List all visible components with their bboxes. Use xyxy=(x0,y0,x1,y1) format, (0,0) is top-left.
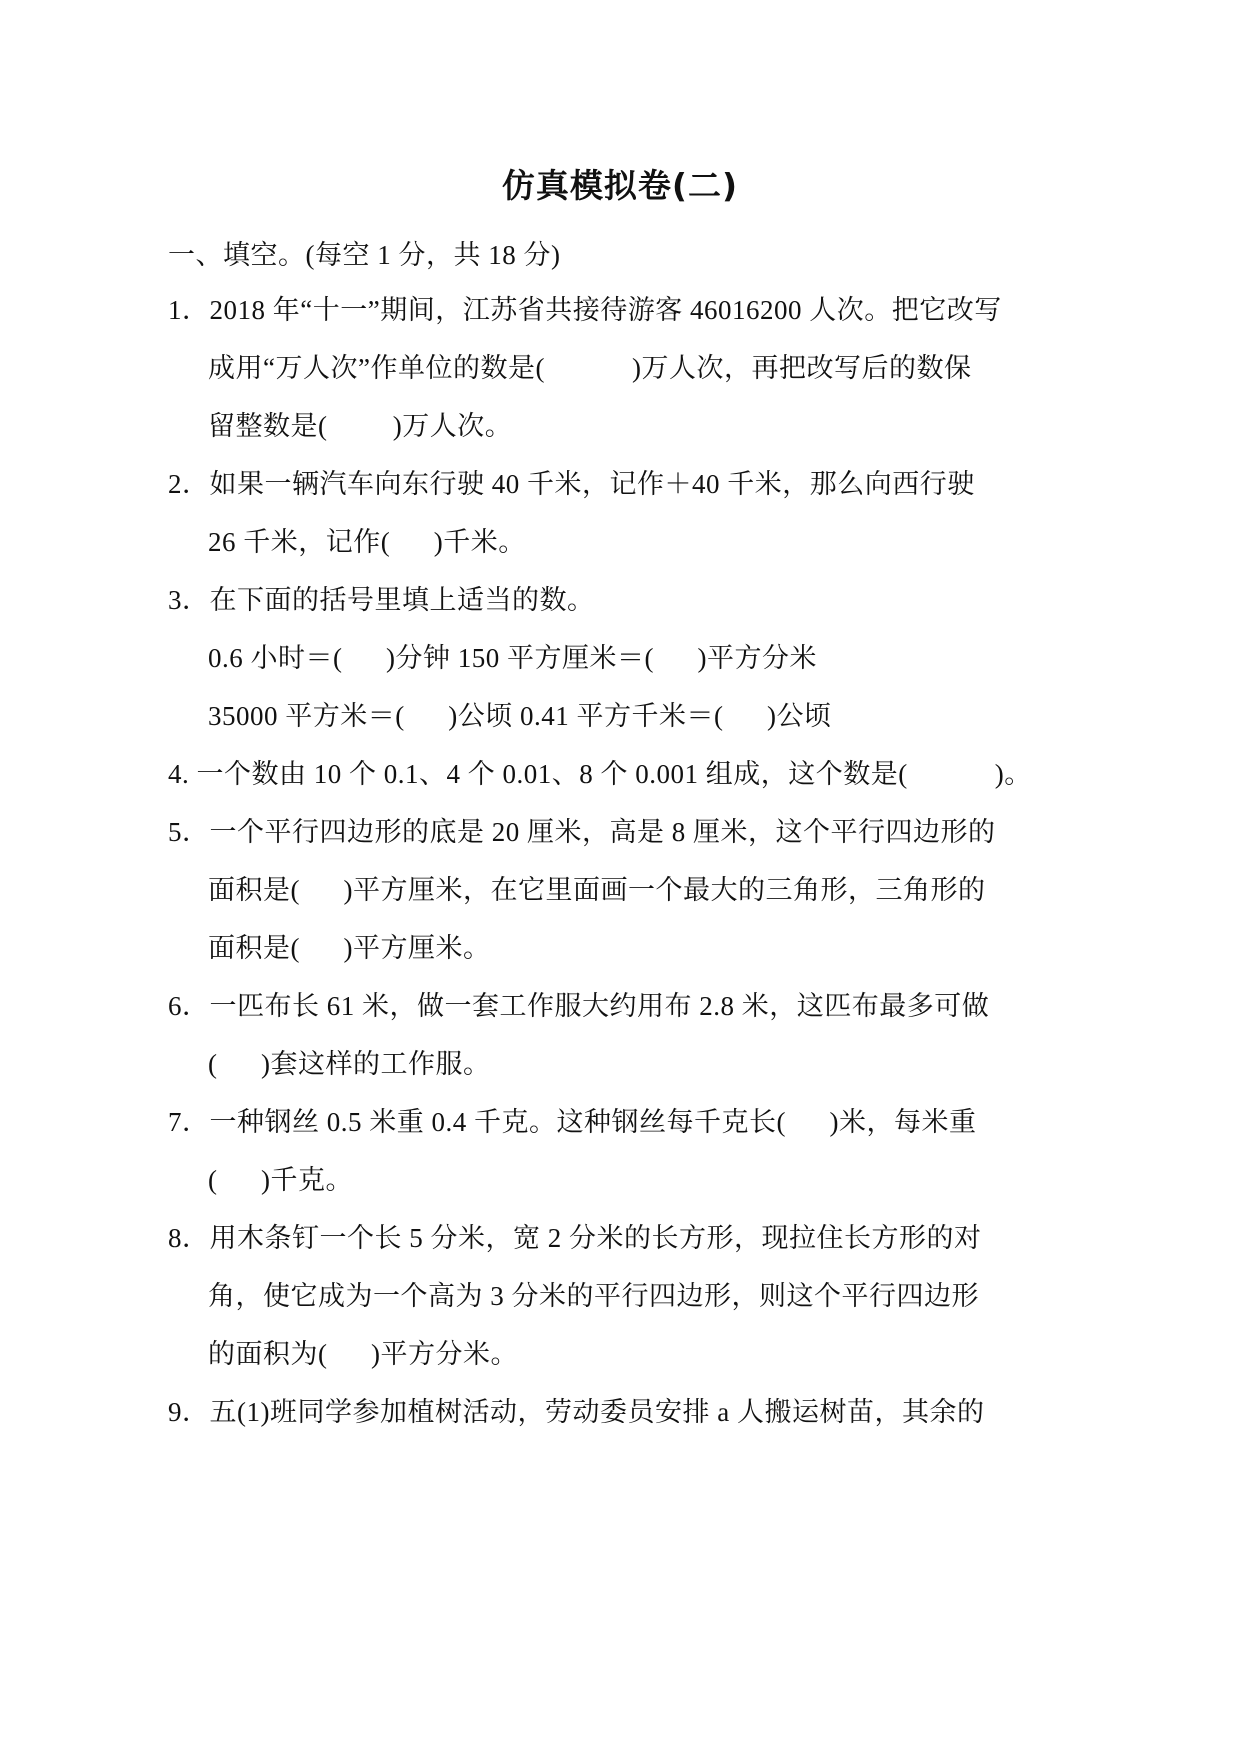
section-heading: 一、填空。(每空 1 分，共 18 分) xyxy=(168,235,560,275)
question-line: 1．2018 年“十一”期间，江苏省共接待游客 46016200 人次。把它改写 xyxy=(168,290,1002,330)
question-line: 2．如果一辆汽车向东行驶 40 千米，记作＋40 千米，那么向西行驶 xyxy=(168,464,975,504)
question-line: ( )千克。 xyxy=(208,1160,353,1200)
page-title: 仿真模拟卷(二) xyxy=(0,160,1240,207)
question-line: 8．用木条钉一个长 5 分米，宽 2 分米的长方形，现拉住长方形的对 xyxy=(168,1218,982,1258)
question-line: 9．五(1)班同学参加植树活动，劳动委员安排 a 人搬运树苗，其余的 xyxy=(168,1392,984,1432)
question-line: 6．一匹布长 61 米，做一套工作服大约用布 2.8 米，这匹布最多可做 xyxy=(168,986,989,1026)
question-line: 面积是( )平方厘米。 xyxy=(208,928,490,968)
question-line: 4. 一个数由 10 个 0.1、4 个 0.01、8 个 0.001 组成，这… xyxy=(168,754,1032,794)
question-line: 3．在下面的括号里填上适当的数。 xyxy=(168,580,595,620)
question-line: 成用“万人次”作单位的数是( )万人次，再把改写后的数保 xyxy=(208,348,971,388)
question-line: 35000 平方米＝( )公顷 0.41 平方千米＝( )公顷 xyxy=(208,696,831,736)
question-line: 5．一个平行四边形的底是 20 厘米，高是 8 厘米，这个平行四边形的 xyxy=(168,812,996,852)
question-line: 的面积为( )平方分米。 xyxy=(208,1334,518,1374)
question-line: 7．一种钢丝 0.5 米重 0.4 千克。这种钢丝每千克长( )米，每米重 xyxy=(168,1102,976,1142)
question-line: 0.6 小时＝( )分钟 150 平方厘米＝( )平方分米 xyxy=(208,638,817,678)
question-line: 留整数是( )万人次。 xyxy=(208,406,512,446)
question-line: 角，使它成为一个高为 3 分米的平行四边形，则这个平行四边形 xyxy=(208,1276,979,1316)
question-line: 面积是( )平方厘米，在它里面画一个最大的三角形，三角形的 xyxy=(208,870,985,910)
question-line: 26 千米，记作( )千米。 xyxy=(208,522,526,562)
question-line: ( )套这样的工作服。 xyxy=(208,1044,490,1084)
